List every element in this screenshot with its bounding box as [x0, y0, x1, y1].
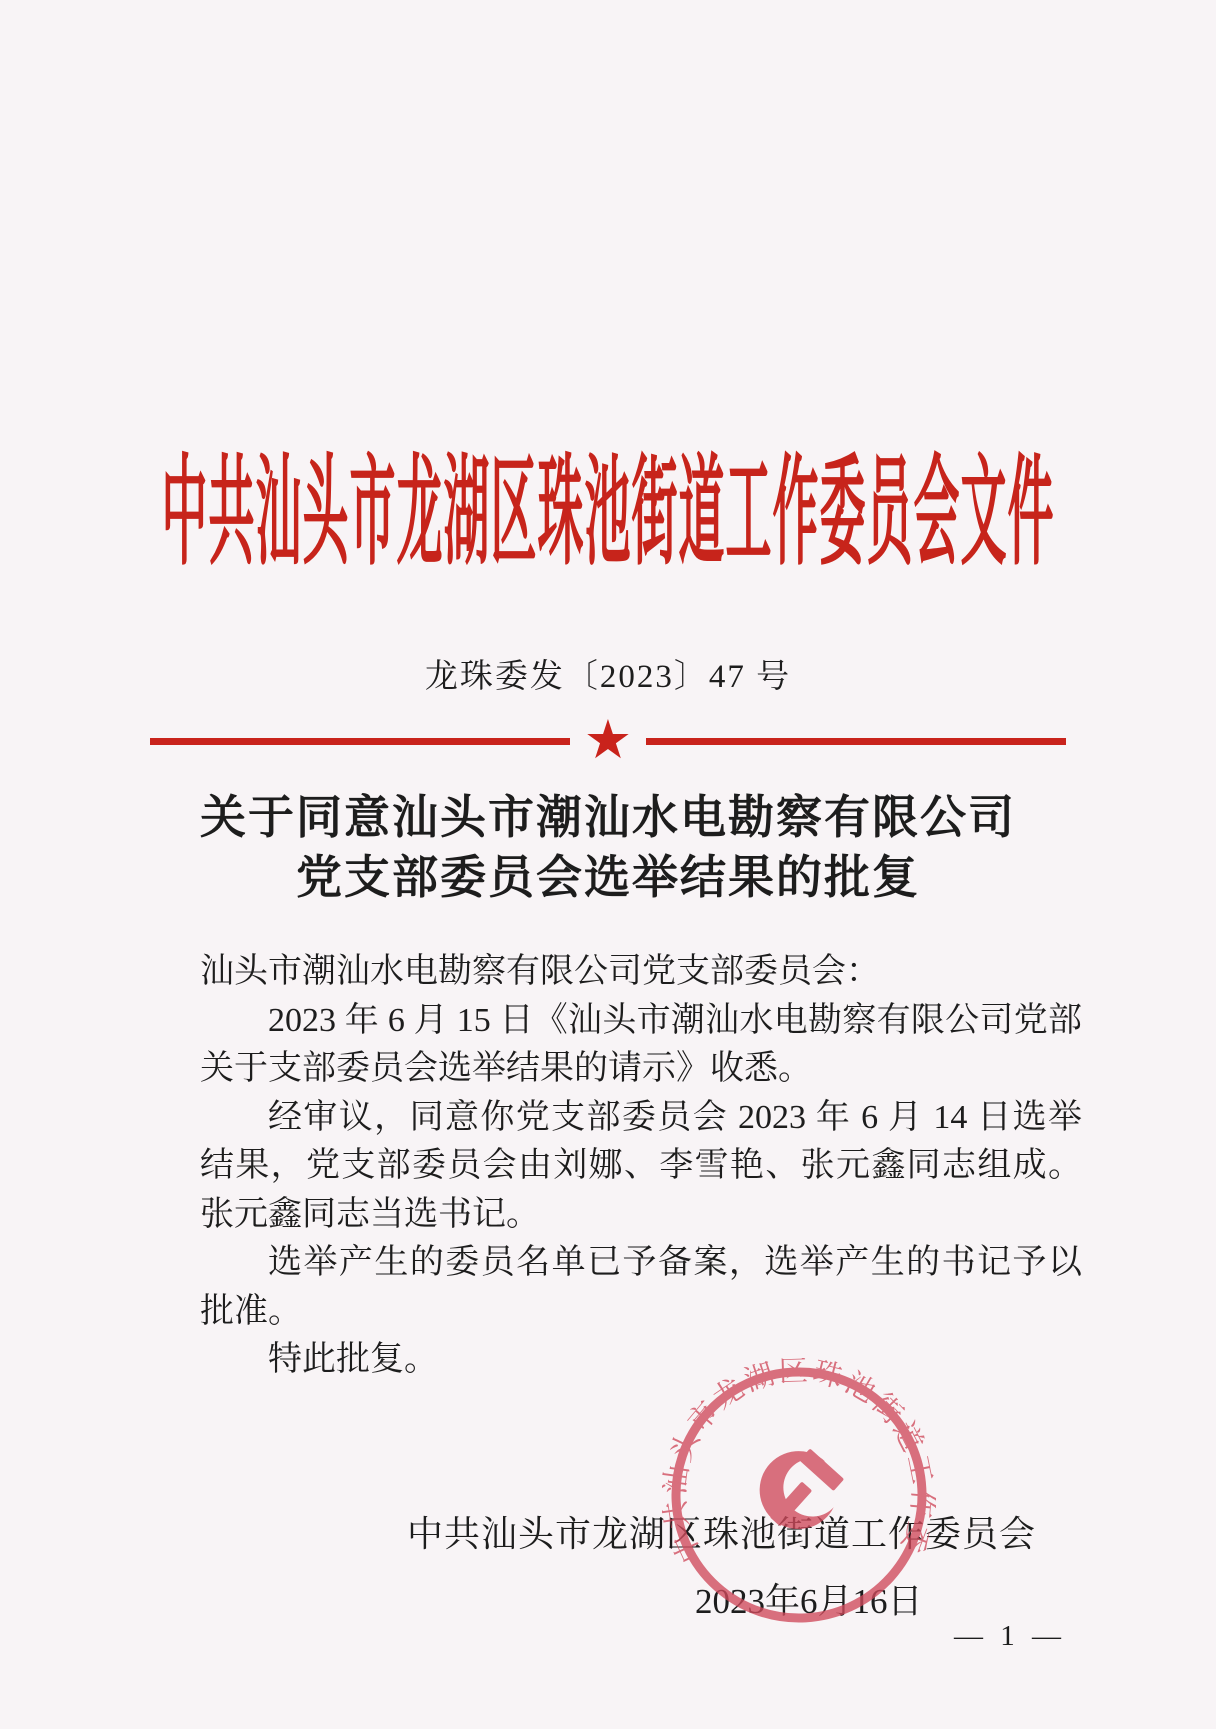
letterhead: 中共汕头市龙湖区珠池街道工作委员会文件 — [0, 418, 1216, 484]
salutation: 汕头市潮汕水电勘察有限公司党支部委员会： — [200, 948, 1082, 997]
document-body: 汕头市潮汕水电勘察有限公司党支部委员会： 2023 年 6 月 15 日《汕头市… — [200, 948, 1082, 1385]
paragraph: 特此批复。 — [200, 1336, 1082, 1385]
star-icon: ★ — [584, 714, 632, 766]
document-title: 关于同意汕头市潮汕水电勘察有限公司 党支部委员会选举结果的批复 — [0, 788, 1216, 908]
document-title-line2: 党支部委员会选举结果的批复 — [0, 848, 1216, 908]
document-title-line1: 关于同意汕头市潮汕水电勘察有限公司 — [0, 788, 1216, 848]
paragraph: 2023 年 6 月 15 日《汕头市潮汕水电勘察有限公司党部关于支部委员会选举… — [200, 997, 1082, 1094]
letterhead-title: 中共汕头市龙湖区珠池街道工作委员会文件 — [162, 418, 1055, 590]
signature-date: 2023年6月16日 — [695, 1574, 919, 1624]
divider-line-left — [150, 738, 570, 745]
signature-org: 中共汕头市龙湖区珠池街道工作委员会 — [407, 1506, 1036, 1557]
paragraph: 经审议，同意你党支部委员会 2023 年 6 月 14 日选举结果，党支部委员会… — [200, 1094, 1082, 1240]
document-number: 龙珠委发〔2023〕47 号 — [0, 650, 1216, 697]
page-number: — 1 — — [954, 1620, 1066, 1653]
red-divider: ★ — [150, 715, 1066, 767]
divider-line-right — [646, 738, 1066, 745]
paragraph: 选举产生的委员名单已予备案，选举产生的书记予以批准。 — [200, 1239, 1082, 1336]
document-page: 中共汕头市龙湖区珠池街道工作委员会文件 龙珠委发〔2023〕47 号 ★ 关于同… — [0, 0, 1216, 1729]
